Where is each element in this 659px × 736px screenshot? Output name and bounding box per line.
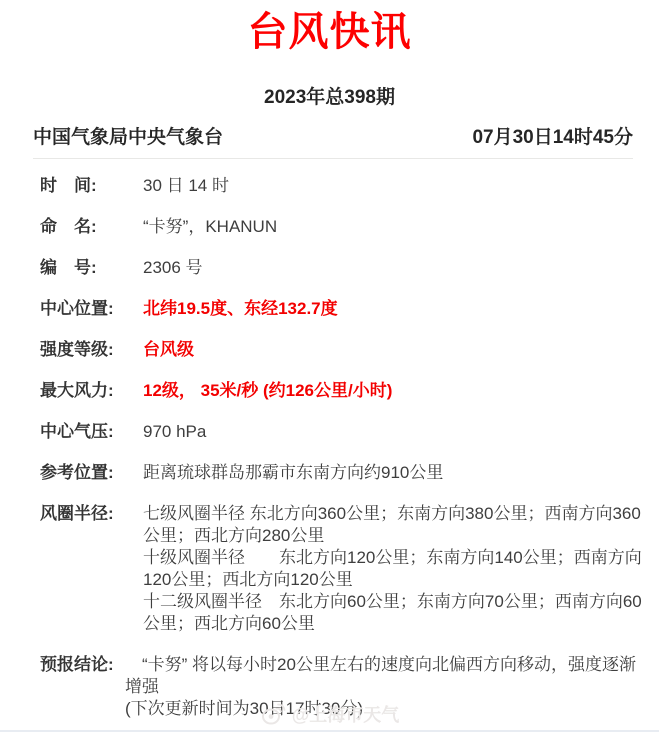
agency-name: 中国气象局中央气象台 <box>33 127 223 149</box>
field-label-center-position: 中心位置: <box>40 298 143 320</box>
field-label-pressure: 中心气压: <box>40 421 143 443</box>
field-label-number: 编 号: <box>40 257 143 279</box>
typhoon-bulletin-page: 台风快讯 2023年总398期 中国气象局中央气象台 07月30日14时45分 … <box>0 0 659 736</box>
field-value-max-wind: 12级， 35米/秒 (约126公里/小时) <box>143 380 643 402</box>
wind-radius-line-12: 十二级风圈半径 东北方向60公里；东南方向70公里；西南方向60公里；西北方向6… <box>143 591 643 635</box>
wind-radius-line-10: 十级风圈半径 东北方向120公里；东南方向140公里；西南方向120公里；西北方… <box>143 547 643 591</box>
agency-row: 中国气象局中央气象台 07月30日14时45分 <box>33 127 633 149</box>
field-value-intensity: 台风级 <box>143 339 643 361</box>
wind-radius-line-7: 七级风圈半径 东北方向360公里；东南方向380公里；西南方向360公里；西北方… <box>143 503 643 547</box>
bulletin-fields: 时 间: 30 日 14 时 命 名: “卡努”，KHANUN 编 号: 230… <box>40 175 643 720</box>
page-title: 台风快讯 <box>0 0 659 56</box>
field-label-max-wind: 最大风力: <box>40 380 143 402</box>
field-value-name: “卡努”，KHANUN <box>143 216 643 238</box>
field-value-number: 2306 号 <box>143 257 643 279</box>
field-label-reference-position: 参考位置: <box>40 462 143 484</box>
issue-datetime: 07月30日14时45分 <box>472 127 633 149</box>
forecast-next-update: (下次更新时间为30日17时30分) <box>125 698 643 720</box>
header-divider <box>33 158 633 159</box>
field-value-forecast: “卡努” 将以每小时20公里左右的速度向北偏西方向移动，强度逐渐增强 (下次更新… <box>125 654 643 720</box>
issue-number: 2023年总398期 <box>0 87 659 109</box>
field-value-time: 30 日 14 时 <box>143 175 643 197</box>
field-label-intensity: 强度等级: <box>40 339 143 361</box>
forecast-movement: “卡努” 将以每小时20公里左右的速度向北偏西方向移动，强度逐渐增强 <box>125 654 643 698</box>
field-value-center-position: 北纬19.5度、东经132.7度 <box>143 298 643 320</box>
field-value-pressure: 970 hPa <box>143 421 643 443</box>
field-label-time: 时 间: <box>40 175 143 197</box>
field-label-wind-radius: 风圈半径: <box>40 503 143 635</box>
field-value-reference-position: 距离琉球群岛那霸市东南方向约910公里 <box>143 462 643 484</box>
field-value-wind-radius: 七级风圈半径 东北方向360公里；东南方向380公里；西南方向360公里；西北方… <box>143 503 643 635</box>
field-label-name: 命 名: <box>40 216 143 238</box>
bottom-border <box>0 730 659 732</box>
